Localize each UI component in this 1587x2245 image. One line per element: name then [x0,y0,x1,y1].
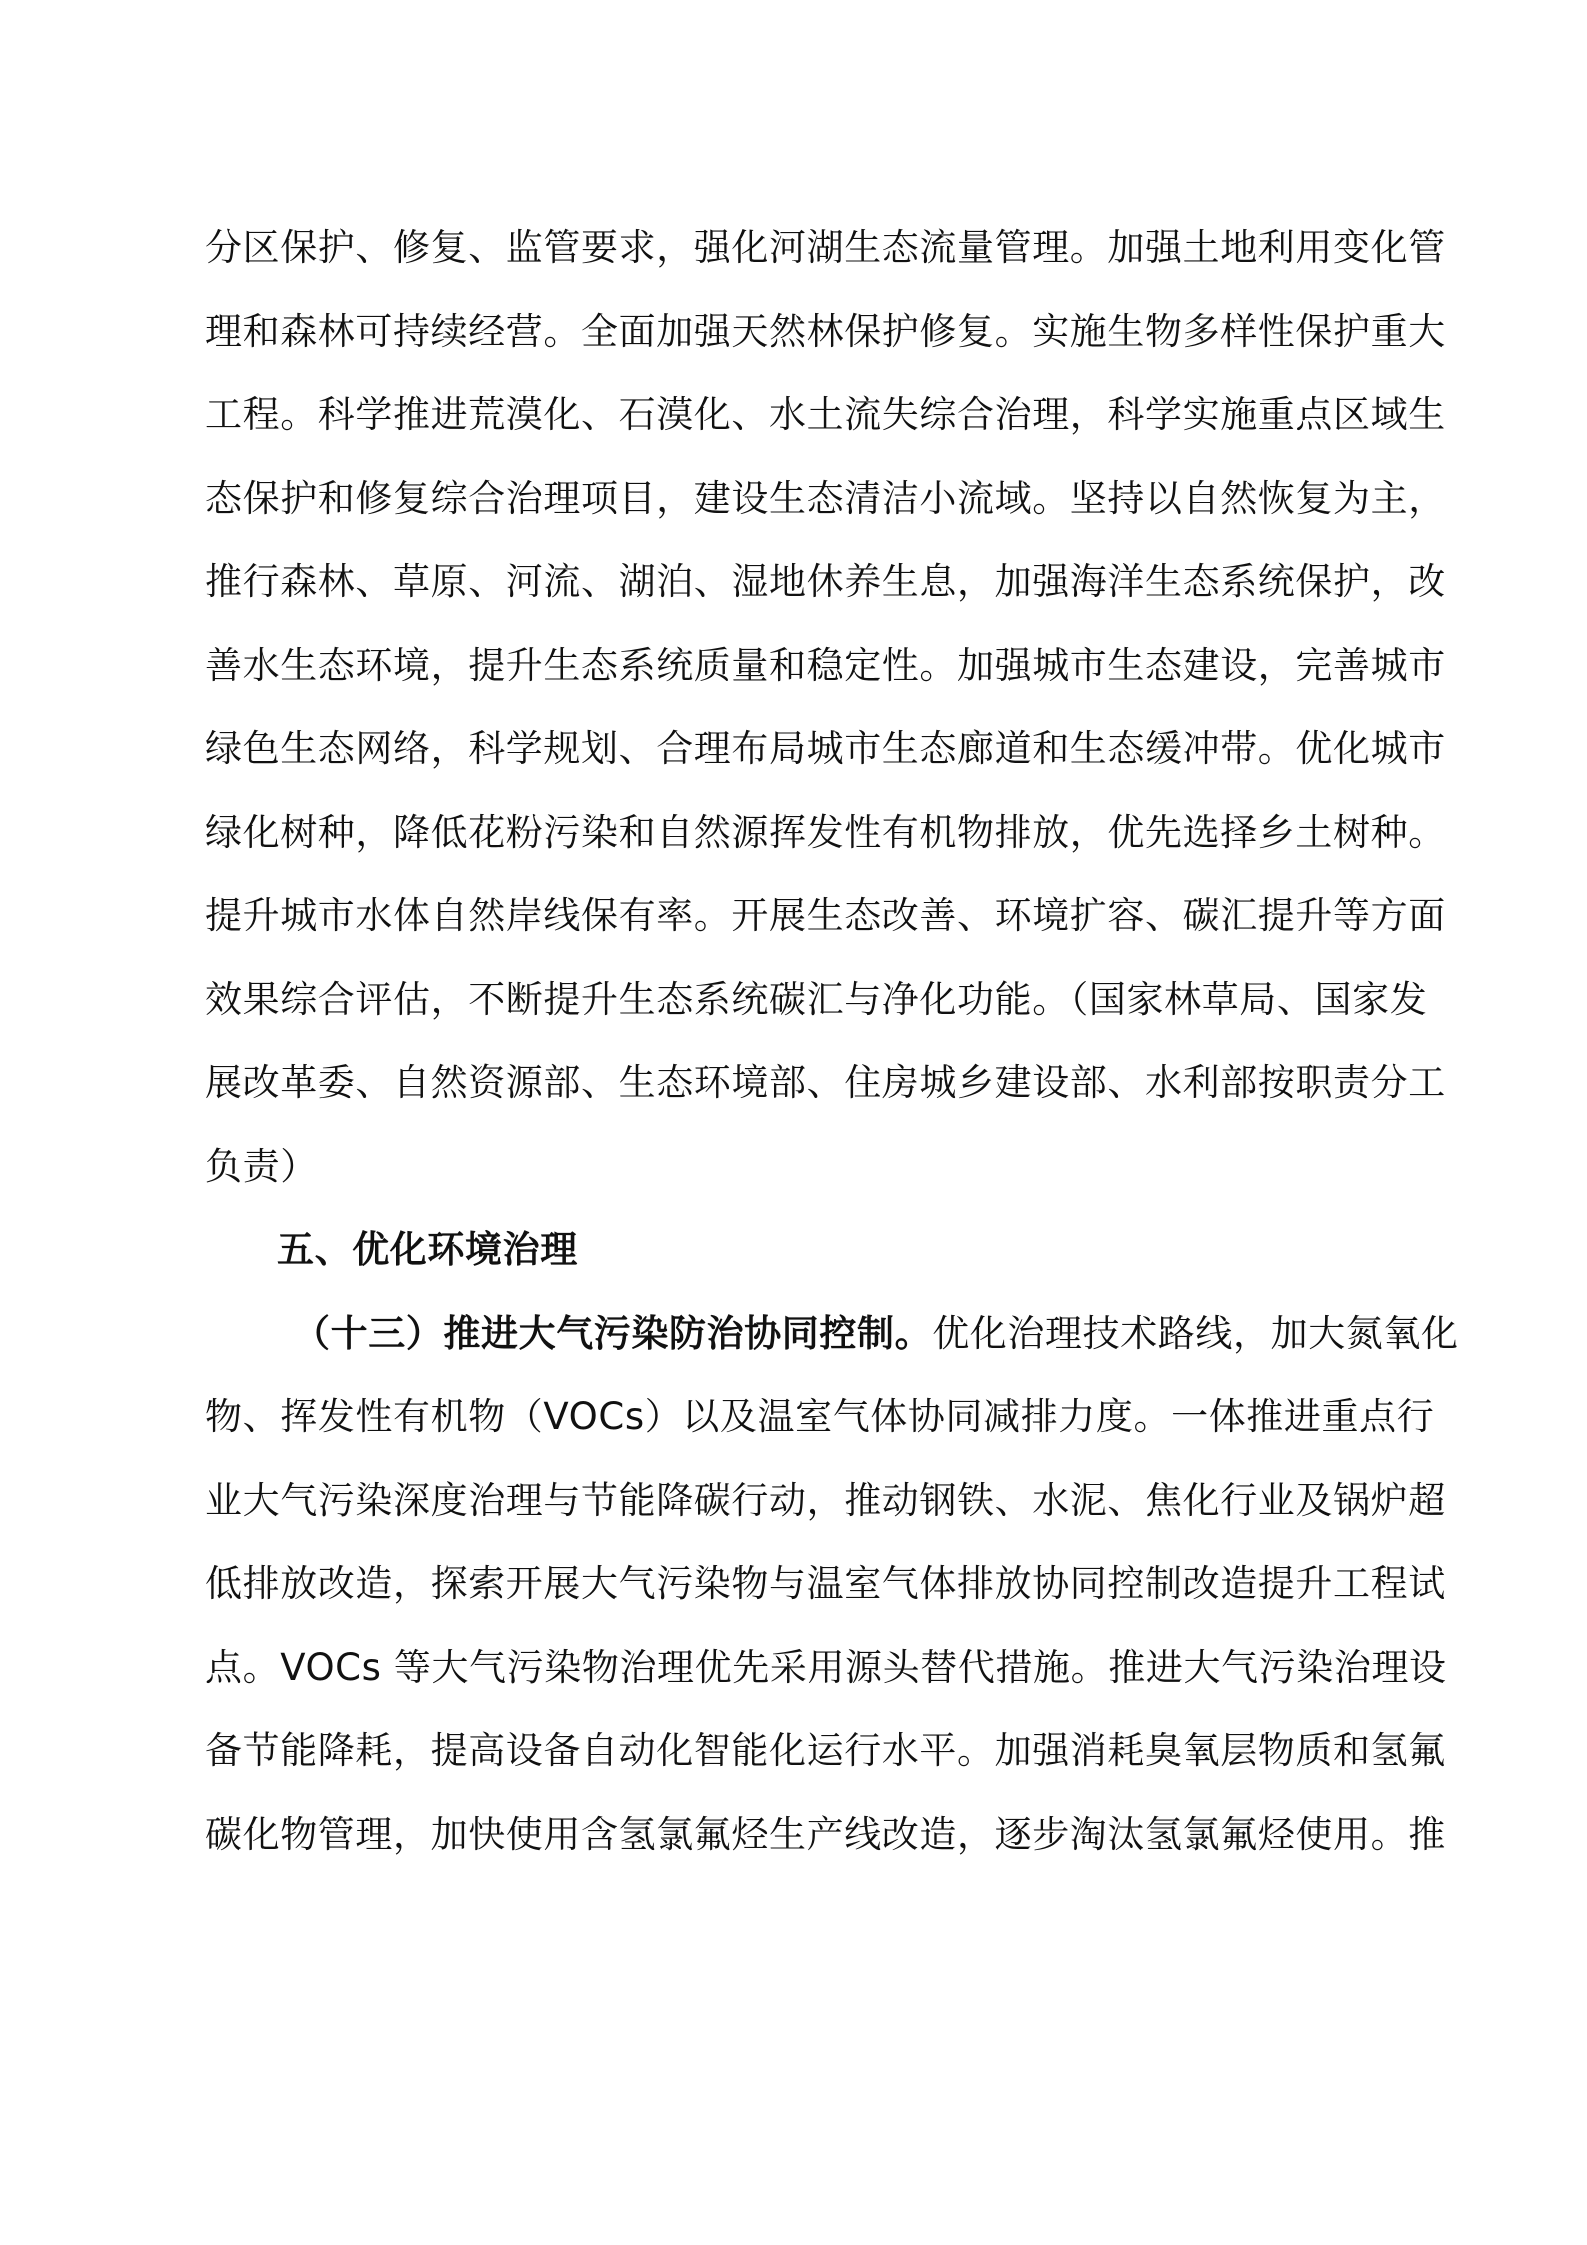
text-line: 业大气污染深度治理与节能降碳行动，推动钢铁、水泥、焦化行业及锅炉超 [205,1473,1385,1557]
text-line: 展改革委、自然资源部、生态环境部、住房城乡建设部、水利部按职责分工 [205,1055,1385,1139]
paragraph-air-pollution: （十三）推进大气污染防治协同控制。优化治理技术路线，加大氮氧化 物、挥发性有机物… [205,1306,1385,1891]
text-line: 推行森林、草原、河流、湖泊、湿地休养生息，加强海洋生态系统保护，改 [205,554,1385,638]
text-line: 分区保护、修复、监管要求，强化河湖生态流量管理。加强土地利用变化管 [205,220,1385,304]
text-line: 绿化树种，降低花粉污染和自然源挥发性有机物排放，优先选择乡土树种。 [205,805,1385,889]
text-line: 效果综合评估，不断提升生态系统碳汇与净化功能。（国家林草局、国家发 [205,972,1385,1056]
text-line: 理和森林可持续经营。全面加强天然林保护修复。实施生物多样性保护重大 [205,304,1385,388]
text-line: 备节能降耗，提高设备自动化智能化运行水平。加强消耗臭氧层物质和氢氟 [205,1723,1385,1807]
text-line: 善水生态环境，提升生态系统质量和稳定性。加强城市生态建设，完善城市 [205,638,1385,722]
text-line: 态保护和修复综合治理项目，建设生态清洁小流域。坚持以自然恢复为主， [205,471,1385,555]
text-line: 工程。科学推进荒漠化、石漠化、水土流失综合治理，科学实施重点区域生 [205,387,1385,471]
text-line-first: （十三）推进大气污染防治协同控制。优化治理技术路线，加大氮氧化 [205,1306,1385,1390]
text-line: 低排放改造，探索开展大气污染物与温室气体排放协同控制改造提升工程试 [205,1556,1385,1640]
document-body: 分区保护、修复、监管要求，强化河湖生态流量管理。加强土地利用变化管 理和森林可持… [205,220,1385,1890]
text-line: 物、挥发性有机物（VOCs）以及温室气体协同减排力度。一体推进重点行 [205,1389,1385,1473]
text-line: 负责） [205,1139,1385,1223]
text-line: 碳化物管理，加快使用含氢氯氟烃生产线改造，逐步淘汰氢氯氟烃使用。推 [205,1807,1385,1891]
text-line: 点。VOCs 等大气污染物治理优先采用源头替代措施。推进大气污染治理设 [205,1640,1385,1724]
text-line: 绿色生态网络，科学规划、合理布局城市生态廊道和生态缓冲带。优化城市 [205,721,1385,805]
text-line: 提升城市水体自然岸线保有率。开展生态改善、环境扩容、碳汇提升等方面 [205,888,1385,972]
section-heading: 五、优化环境治理 [205,1222,1385,1306]
subsection-heading: （十三）推进大气污染防治协同控制。 [293,1312,932,1355]
first-line-text: 优化治理技术路线，加大氮氧化 [932,1312,1458,1355]
document-page: 分区保护、修复、监管要求，强化河湖生态流量管理。加强土地利用变化管 理和森林可持… [0,0,1587,2245]
paragraph-ecology: 分区保护、修复、监管要求，强化河湖生态流量管理。加强土地利用变化管 理和森林可持… [205,220,1385,1222]
